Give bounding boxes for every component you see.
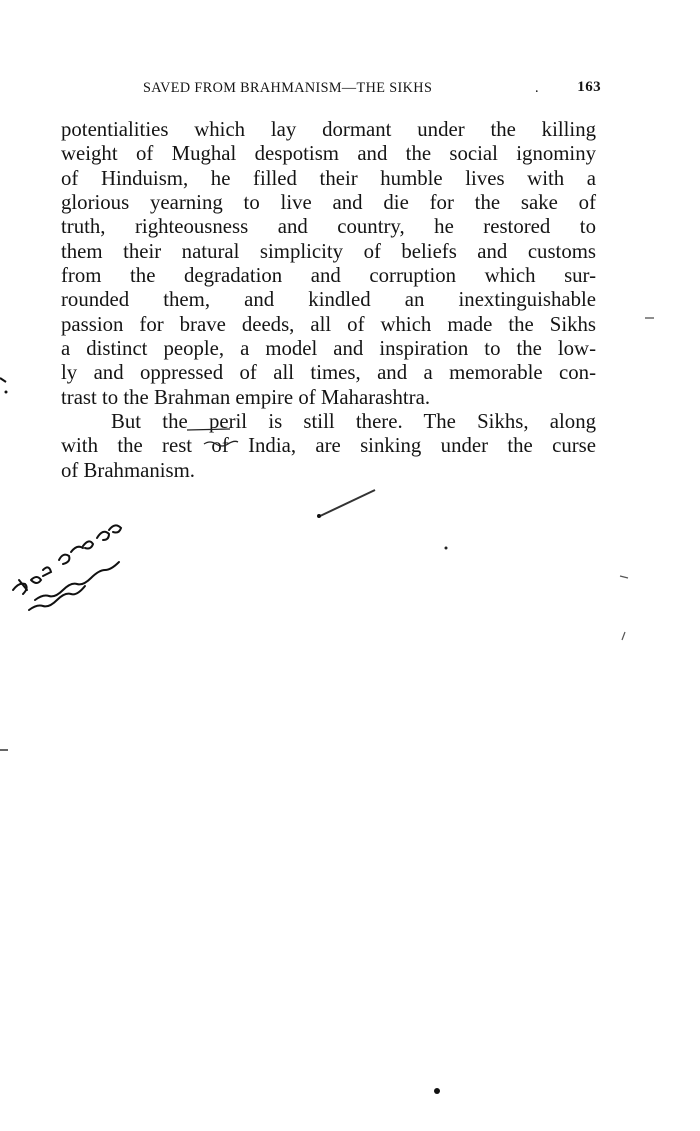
handwritten-note <box>5 510 145 620</box>
